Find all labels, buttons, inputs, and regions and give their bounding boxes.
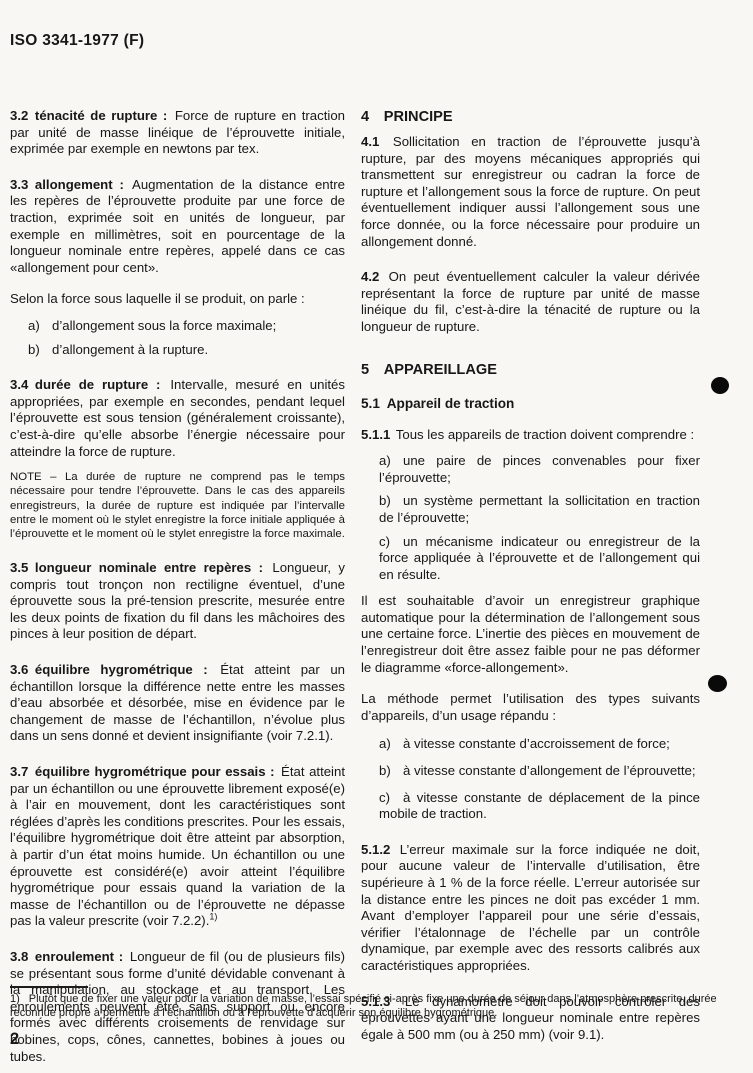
- list-marker: b): [379, 493, 403, 510]
- list-marker: a): [379, 453, 403, 470]
- section-4-2-text: On peut éventuellement calculer la valeu…: [361, 269, 700, 334]
- list-item-a: a)une paire de pinces convenables pour f…: [361, 453, 700, 486]
- section-4-1-number: 4.1: [361, 134, 379, 149]
- footnote-marker: 1): [10, 993, 20, 1005]
- registration-dot-top: [711, 377, 729, 394]
- section-4-2-number: 4.2: [361, 269, 379, 284]
- list-marker: b): [379, 763, 403, 780]
- list-marker: a): [379, 736, 403, 753]
- list-item-text: une paire de pinces convenables pour fix…: [379, 453, 700, 485]
- section-3-6-term: 3.6 équilibre hygrométrique :: [10, 662, 208, 677]
- page-title: ISO 3341-1977 (F): [10, 32, 144, 50]
- list-marker: c): [379, 534, 403, 551]
- footnote-reference: 1): [209, 912, 217, 922]
- section-5-1-2-text: L’erreur maximale sur la force indiquée …: [361, 842, 700, 973]
- section-3-6: 3.6 équilibre hygrométrique : État attei…: [10, 662, 345, 745]
- list-marker: a): [28, 318, 52, 335]
- section-3-7-term: 3.7 équilibre hygrométrique pour essais …: [10, 764, 274, 779]
- list-item-c: c)un mécanisme indicateur ou enregistreu…: [361, 534, 700, 584]
- list-item-text: à vitesse constante d’allongement de l’é…: [403, 763, 696, 778]
- section-5-1-1-number: 5.1.1: [361, 427, 390, 442]
- section-3-5: 3.5 longueur nominale entre repères : Lo…: [10, 560, 345, 643]
- right-column: 4 PRINCIPE 4.1 Sollicitation en traction…: [361, 108, 700, 1043]
- heading-principe: 4 PRINCIPE: [361, 108, 700, 127]
- list-item-text: un système permettant la sollicitation e…: [379, 493, 700, 525]
- list-item-text: d’allongement sous la force maximale;: [52, 318, 276, 333]
- section-5-1-1: 5.1.1 Tous les appareils de traction doi…: [361, 427, 700, 444]
- list-item-b: b)à vitesse constante d’allongement de l…: [361, 763, 700, 780]
- registration-dot-bottom: [708, 675, 727, 692]
- paragraph-enregistreur: Il est souhaitable d’avoir un enregistre…: [361, 593, 700, 676]
- heading-appareillage: 5 APPAREILLAGE: [361, 361, 700, 380]
- section-3-7: 3.7 équilibre hygrométrique pour essais …: [10, 764, 345, 930]
- list-item-a: a)d’allongement sous la force maximale;: [10, 318, 345, 335]
- list-item-a: a)à vitesse constante d’accroissement de…: [361, 736, 700, 753]
- section-5-1-2: 5.1.2 L’erreur maximale sur la force ind…: [361, 842, 700, 975]
- section-4-1: 4.1 Sollicitation en traction de l’éprou…: [361, 134, 700, 250]
- section-3-7-text: État atteint par un échantillon ou une é…: [10, 764, 345, 928]
- section-3-3: 3.3 allongement : Augmentation de la dis…: [10, 177, 345, 277]
- list-item-text: un mécanisme indicateur ou enregistreur …: [379, 534, 700, 582]
- note-3-4: NOTE – La durée de rupture ne comprend p…: [10, 470, 345, 541]
- section-3-4-term: 3.4 durée de rupture :: [10, 377, 160, 392]
- paragraph-methode: La méthode permet l’utilisation des type…: [361, 691, 700, 724]
- list-item-b: b)un système permettant la sollicitation…: [361, 493, 700, 526]
- list-marker: c): [379, 790, 403, 807]
- section-3-3-term: 3.3 allongement :: [10, 177, 124, 192]
- section-3-4: 3.4 durée de rupture : Intervalle, mesur…: [10, 377, 345, 460]
- list-item-text: d’allongement à la rupture.: [52, 342, 208, 357]
- page-number: 2: [10, 1030, 19, 1049]
- list-item-b: b)d’allongement à la rupture.: [10, 342, 345, 359]
- section-3-8-term: 3.8 enroulement :: [10, 949, 123, 964]
- section-3-2: 3.2 ténacité de rupture : Force de ruptu…: [10, 108, 345, 158]
- list-item-text: à vitesse constante d’accroissement de f…: [403, 736, 670, 751]
- section-3-2-term: 3.2 ténacité de rupture :: [10, 108, 167, 123]
- section-3-5-term: 3.5 longueur nominale entre repères :: [10, 560, 263, 575]
- section-5-1-2-number: 5.1.2: [361, 842, 390, 857]
- paragraph-selon: Selon la force sous laquelle il se produ…: [10, 291, 345, 308]
- footnote-divider: [10, 986, 88, 988]
- section-4-2: 4.2 On peut éventuellement calculer la v…: [361, 269, 700, 335]
- footnote-text: Plutôt que de fixer une valeur pour la v…: [10, 993, 717, 1019]
- list-item-text: à vitesse constante de déplacement de la…: [379, 790, 700, 822]
- list-marker: b): [28, 342, 52, 359]
- footnote: 1)Plutôt que de fixer une valeur pour la…: [10, 993, 741, 1021]
- left-column: 3.2 ténacité de rupture : Force de ruptu…: [10, 108, 345, 1065]
- section-4-1-text: Sollicitation en traction de l’éprouvett…: [361, 134, 700, 249]
- heading-appareil-de-traction: 5.1 Appareil de traction: [361, 395, 700, 412]
- list-item-c: c)à vitesse constante de déplacement de …: [361, 790, 700, 823]
- section-5-1-1-text: Tous les appareils de traction doivent c…: [396, 427, 694, 442]
